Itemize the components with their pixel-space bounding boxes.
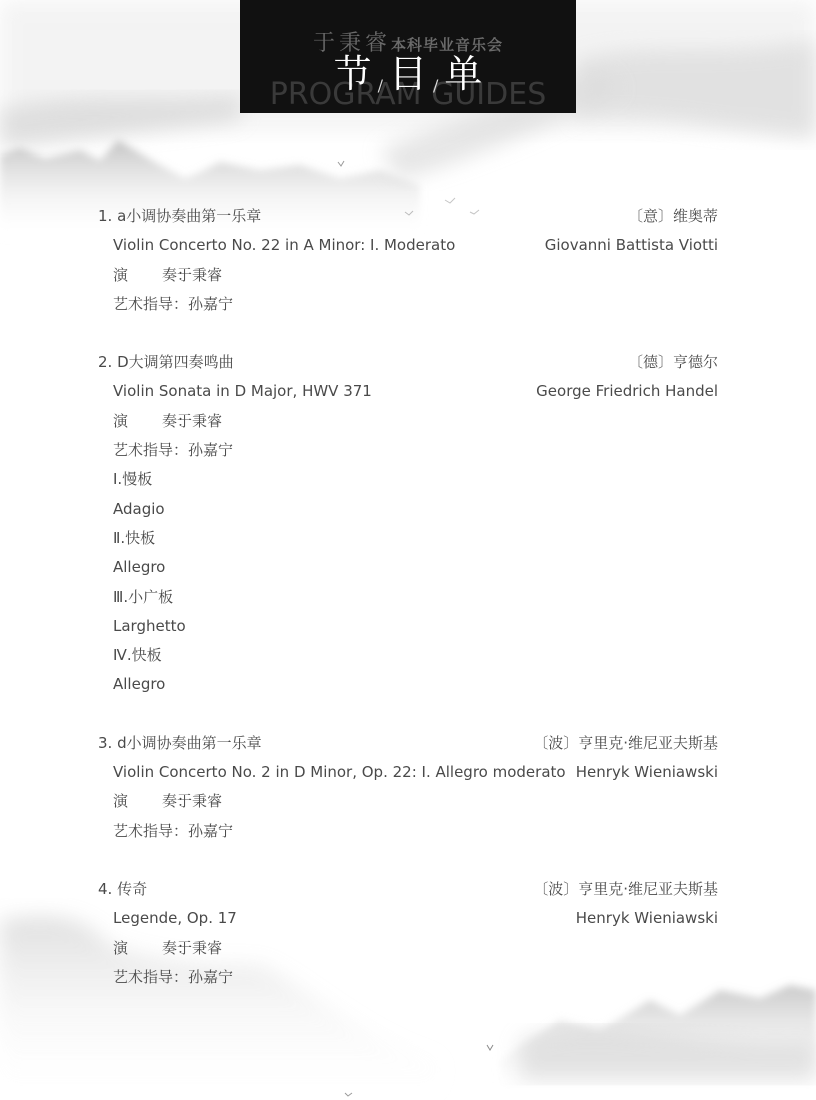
performer-label: 演奏： — [113, 261, 177, 290]
piece-title-cn: 1. a小调协奏曲第一乐章 — [98, 202, 261, 231]
piece-title-cn: 2. D大调第四奏鸣曲 — [98, 348, 234, 377]
composer-en: Giovanni Battista Viotti — [545, 231, 718, 260]
piece-title-en: Violin Concerto No. 22 in A Minor: I. Mo… — [113, 231, 455, 260]
piece-title-en: Legende, Op. 17 — [113, 904, 237, 933]
composer-en: Henryk Wieniawski — [576, 758, 718, 787]
director-value: 孙嘉宁 — [188, 441, 233, 459]
movement-cn: Ⅲ.小广板 — [113, 583, 173, 612]
composer-en: Henryk Wieniawski — [576, 904, 718, 933]
title-char: 节 — [334, 52, 372, 96]
director-value: 孙嘉宁 — [188, 968, 233, 986]
composer-cn: 〔波〕亨里克·维尼亚夫斯基 — [533, 875, 718, 904]
movement-cn: Ⅳ.快板 — [113, 641, 162, 670]
program-item: 1. a小调协奏曲第一乐章 〔意〕维奥蒂 Violin Concerto No.… — [98, 202, 718, 319]
performer-label: 演奏： — [113, 787, 177, 816]
director-value: 孙嘉宁 — [188, 295, 233, 313]
composer-cn: 〔德〕亨德尔 — [628, 348, 718, 377]
program-item: 3. d小调协奏曲第一乐章 〔波〕亨里克·维尼亚夫斯基 Violin Conce… — [98, 729, 718, 846]
performer-value: 于秉睿 — [177, 939, 222, 957]
composer-en: George Friedrich Handel — [536, 377, 718, 406]
title-separator: / — [433, 76, 438, 95]
composer-cn: 〔波〕亨里克·维尼亚夫斯基 — [533, 729, 718, 758]
movement-en: Allegro — [113, 670, 165, 699]
piece-title-cn: 4. 传奇 — [98, 875, 147, 904]
piece-title-en: Violin Sonata in D Major, HWV 371 — [113, 377, 372, 406]
movement-en: Adagio — [113, 495, 165, 524]
title-separator: / — [378, 76, 383, 95]
director-label: 艺术指导： — [113, 436, 188, 465]
program-list: 1. a小调协奏曲第一乐章 〔意〕维奥蒂 Violin Concerto No.… — [98, 202, 718, 1021]
performer-label: 演奏： — [113, 407, 177, 436]
piece-title-cn: 3. d小调协奏曲第一乐章 — [98, 729, 262, 758]
director-label: 艺术指导： — [113, 963, 188, 992]
piece-title-en: Violin Concerto No. 2 in D Minor, Op. 22… — [113, 758, 566, 787]
program-item: 4. 传奇 〔波〕亨里克·维尼亚夫斯基 Legende, Op. 17 Henr… — [98, 875, 718, 992]
director-value: 孙嘉宁 — [188, 822, 233, 840]
header-banner: 于秉睿本科毕业音乐会 PROGRAM GUIDES 节/目/单 — [240, 0, 576, 113]
movement-en: Larghetto — [113, 612, 186, 641]
movement-en: Allegro — [113, 553, 165, 582]
composer-cn: 〔意〕维奥蒂 — [628, 202, 718, 231]
performer-value: 于秉睿 — [177, 412, 222, 430]
program-item: 2. D大调第四奏鸣曲 〔德〕亨德尔 Violin Sonata in D Ma… — [98, 348, 718, 700]
page-title: 节/目/单 — [240, 52, 576, 108]
title-char: 目 — [389, 52, 427, 96]
performer-value: 于秉睿 — [177, 792, 222, 810]
performer-label: 演奏： — [113, 934, 177, 963]
director-label: 艺术指导： — [113, 290, 188, 319]
title-char: 单 — [444, 52, 482, 96]
performer-value: 于秉睿 — [177, 266, 222, 284]
director-label: 艺术指导： — [113, 817, 188, 846]
movement-cn: Ⅱ.快板 — [113, 524, 155, 553]
movement-cn: Ⅰ.慢板 — [113, 465, 152, 494]
